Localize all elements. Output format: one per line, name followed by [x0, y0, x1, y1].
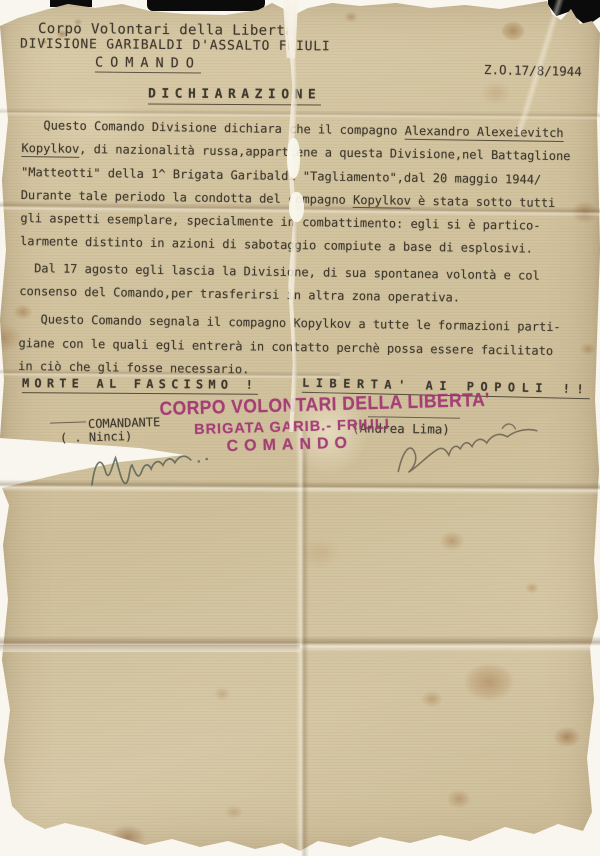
paragraph: Dal 17 agosto egli lascia la Divisione, …: [19, 257, 598, 312]
org-name-line3: COMANDO: [95, 55, 201, 74]
paragraph: Questo Comando Divisione dichiara che il…: [20, 114, 600, 262]
org-name-line2: DIVISIONE GARIBALDI D'ASSALTO FRIULI: [20, 37, 331, 55]
scanner-void-patch: [147, 0, 265, 11]
rubber-stamp: CORPO VOLONTARI DELLA LIBERTA' BRIGATA G…: [159, 389, 520, 458]
date-reference: Z.O.17/8/1944: [484, 62, 582, 79]
slogan-left: MORTE AL FASCISMO !: [22, 376, 258, 395]
tear-white-patch: [287, 138, 300, 178]
body-text: Questo Comando Divisione dichiara che il…: [18, 114, 600, 387]
scanned-document: Corpo Volontari della Libertà DIVISIONE …: [0, 0, 600, 856]
tear-white-patch: [289, 192, 304, 222]
document-title: DICHIARAZIONE: [148, 87, 321, 106]
